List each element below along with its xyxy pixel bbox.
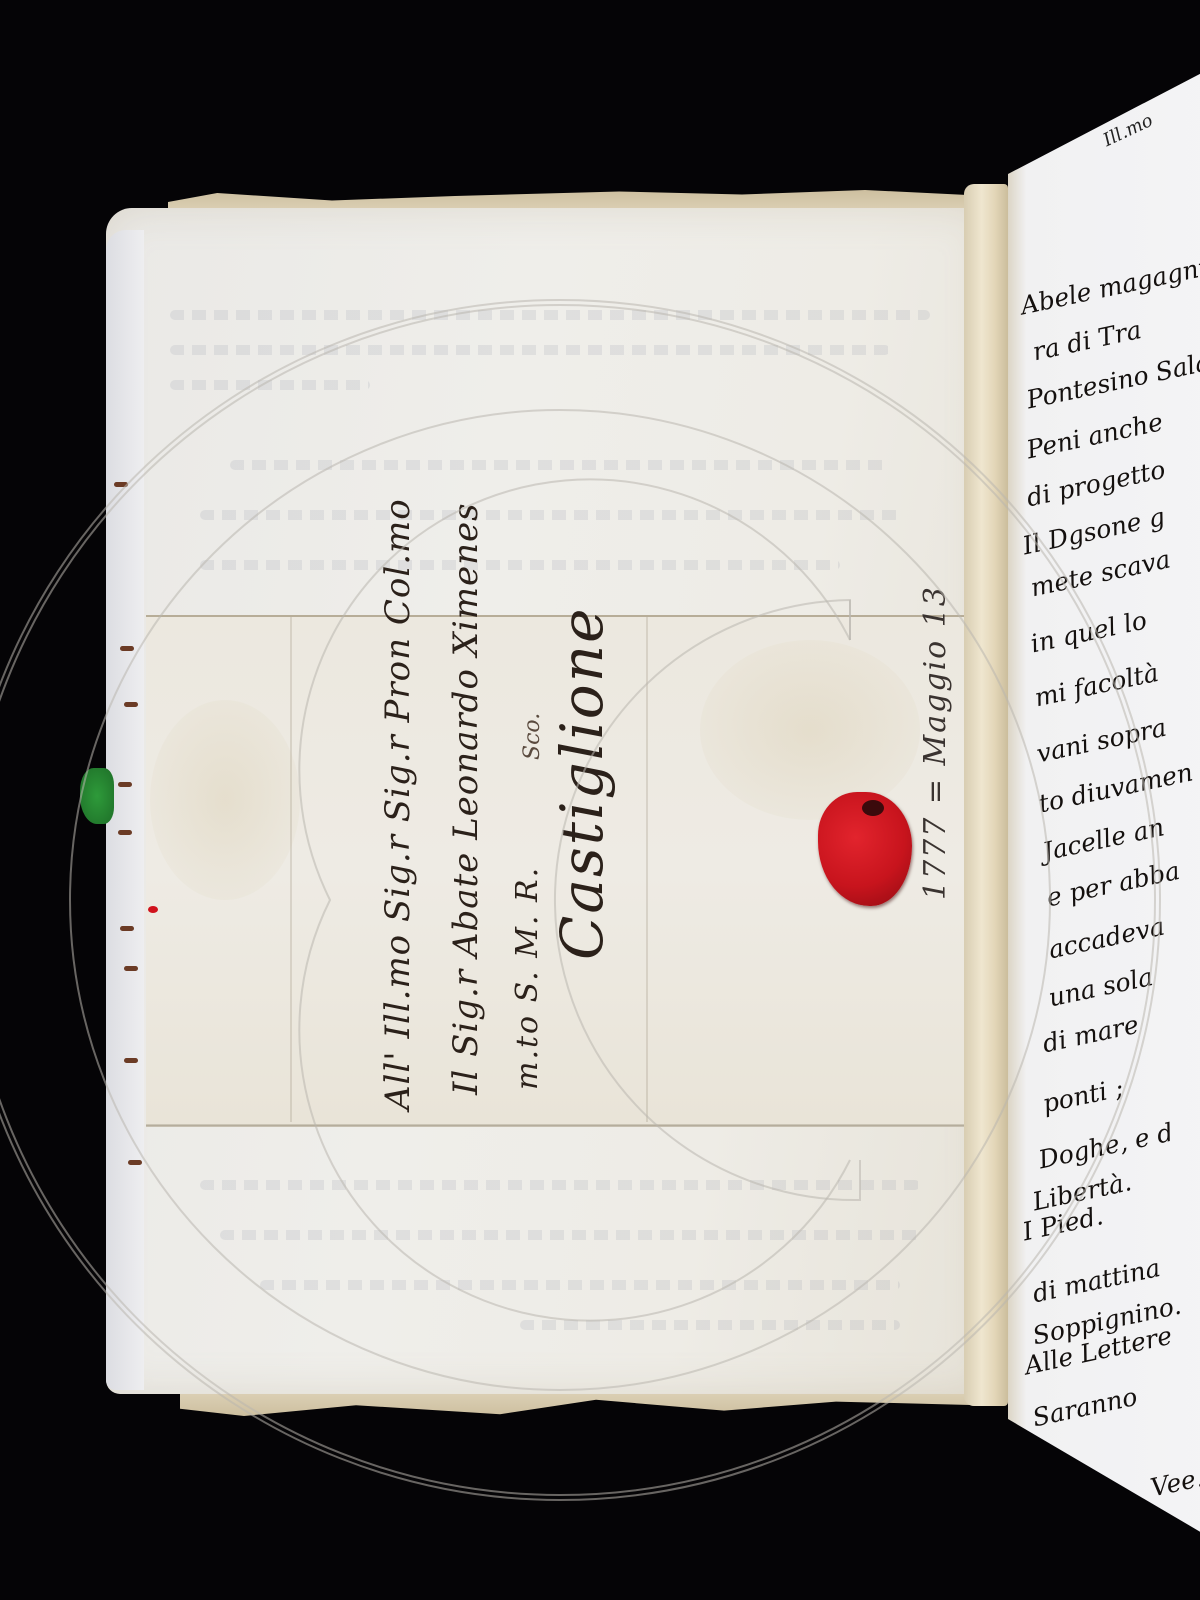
margin-ink-fragment [114, 482, 128, 487]
bleed-through-line [520, 1320, 900, 1330]
fold-line [146, 1124, 982, 1126]
margin-ink-fragment [118, 782, 132, 787]
book-spine-gutter [964, 184, 1008, 1406]
bleed-through-line [230, 460, 890, 470]
address-line-recipient-title: All' Ill.mo Sig.r Sig.r Pron Col.mo [378, 498, 418, 1110]
bleed-through-line [170, 310, 930, 320]
fold-line [290, 617, 292, 1122]
paper-stain [150, 700, 300, 900]
margin-ink-fragment [124, 1058, 138, 1063]
bleed-through-line [220, 1230, 920, 1240]
margin-ink-fragment [120, 646, 134, 651]
margin-ink-fragment [124, 702, 138, 707]
margin-ink-fragment [118, 830, 132, 835]
signature-flourish: Sco. [520, 713, 545, 760]
bleed-through-line [260, 1280, 900, 1290]
margin-ink-fragment [124, 966, 138, 971]
bleed-through-line [200, 560, 840, 570]
red-wax-speck [148, 906, 158, 913]
paper-stain [700, 640, 920, 820]
sender-signature: Castiglione [548, 607, 616, 960]
margin-ink-fragment [120, 926, 134, 931]
bleed-through-line [170, 380, 370, 390]
margin-ink-fragment [128, 1160, 142, 1165]
bleed-through-line [200, 1180, 920, 1190]
address-line-recipient-name: Il Sig.r Abate Leonardo Ximenes [446, 502, 486, 1095]
bleed-through-line [170, 345, 890, 355]
green-tab-marker [80, 768, 114, 824]
address-line-delivery: m.to S. M. R. [510, 866, 545, 1090]
fold-line [646, 617, 648, 1122]
wax-seal-shadow [862, 800, 884, 816]
bleed-through-line [200, 510, 900, 520]
docket-date: 1777 = Maggio 13 [918, 585, 953, 900]
